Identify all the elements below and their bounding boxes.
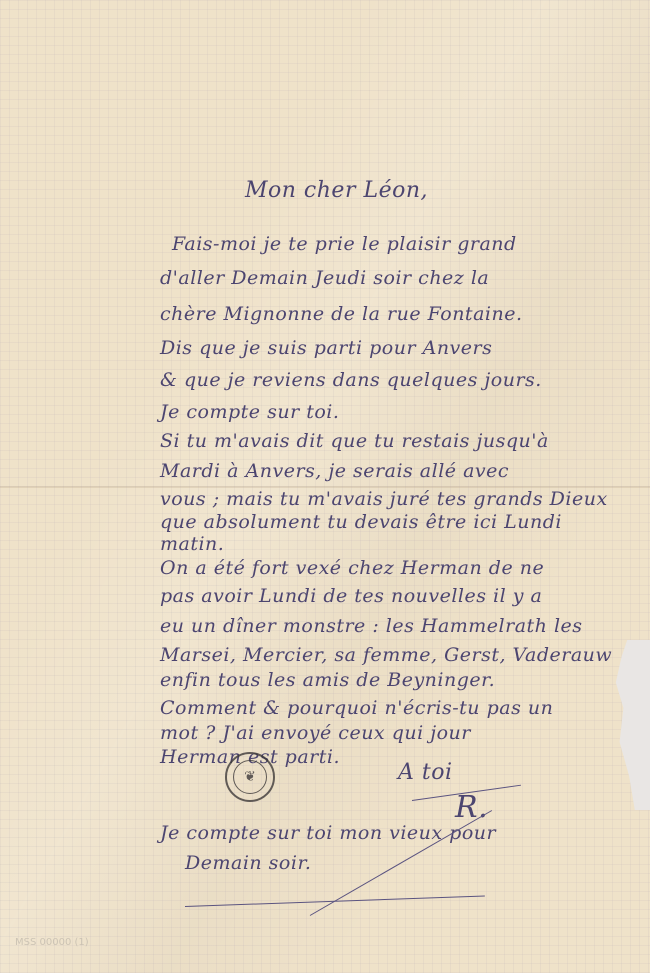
- letter-line-13: pas avoir Lundi de tes nouvelles il y a: [160, 585, 542, 607]
- salutation: Mon cher Léon,: [245, 178, 428, 203]
- letter-line-18: mot ? J'ai envoyé ceux qui jour: [160, 722, 471, 744]
- letter-line-5: & que je reviens dans quelques jours.: [160, 369, 542, 391]
- letter-line-11: matin.: [160, 533, 224, 555]
- postscript-line-2: Demain soir.: [185, 852, 311, 874]
- letter-line-8: Mardi à Anvers, je serais allé avec: [160, 460, 509, 482]
- archive-label: MSS 00000 (1): [15, 937, 89, 948]
- letter-sheet: Mon cher Léon, Fais-moi je te prie le pl…: [0, 0, 650, 973]
- letter-line-4: Dis que je suis parti pour Anvers: [160, 337, 492, 359]
- library-stamp: ❦: [225, 752, 275, 802]
- closing: A toi: [398, 760, 453, 785]
- letter-line-15: Marsei, Mercier, sa femme, Gerst, Vadera…: [160, 644, 612, 666]
- letter-line-9: vous ; mais tu m'avais juré tes grands D…: [160, 488, 608, 510]
- letter-line-3: chère Mignonne de la rue Fontaine.: [160, 303, 523, 325]
- letter-line-10: que absolument tu devais être ici Lundi: [160, 511, 562, 533]
- letter-line-7: Si tu m'avais dit que tu restais jusqu'à: [160, 430, 549, 452]
- stamp-emblem-icon: ❦: [233, 760, 267, 794]
- letter-line-14: eu un dîner monstre : les Hammelrath les: [160, 615, 583, 637]
- postscript-line-1: Je compte sur toi mon vieux pour: [160, 822, 496, 844]
- letter-line-1: Fais-moi je te prie le plaisir grand: [172, 233, 517, 255]
- letter-line-6: Je compte sur toi.: [160, 401, 339, 423]
- letter-line-2: d'aller Demain Jeudi soir chez la: [160, 267, 489, 289]
- letter-line-12: On a été fort vexé chez Herman de ne: [160, 557, 544, 579]
- letter-line-16: enfin tous les amis de Beyninger.: [160, 669, 495, 691]
- signature: R.: [455, 790, 488, 825]
- letter-line-17: Comment & pourquoi n'écris-tu pas un: [160, 697, 553, 719]
